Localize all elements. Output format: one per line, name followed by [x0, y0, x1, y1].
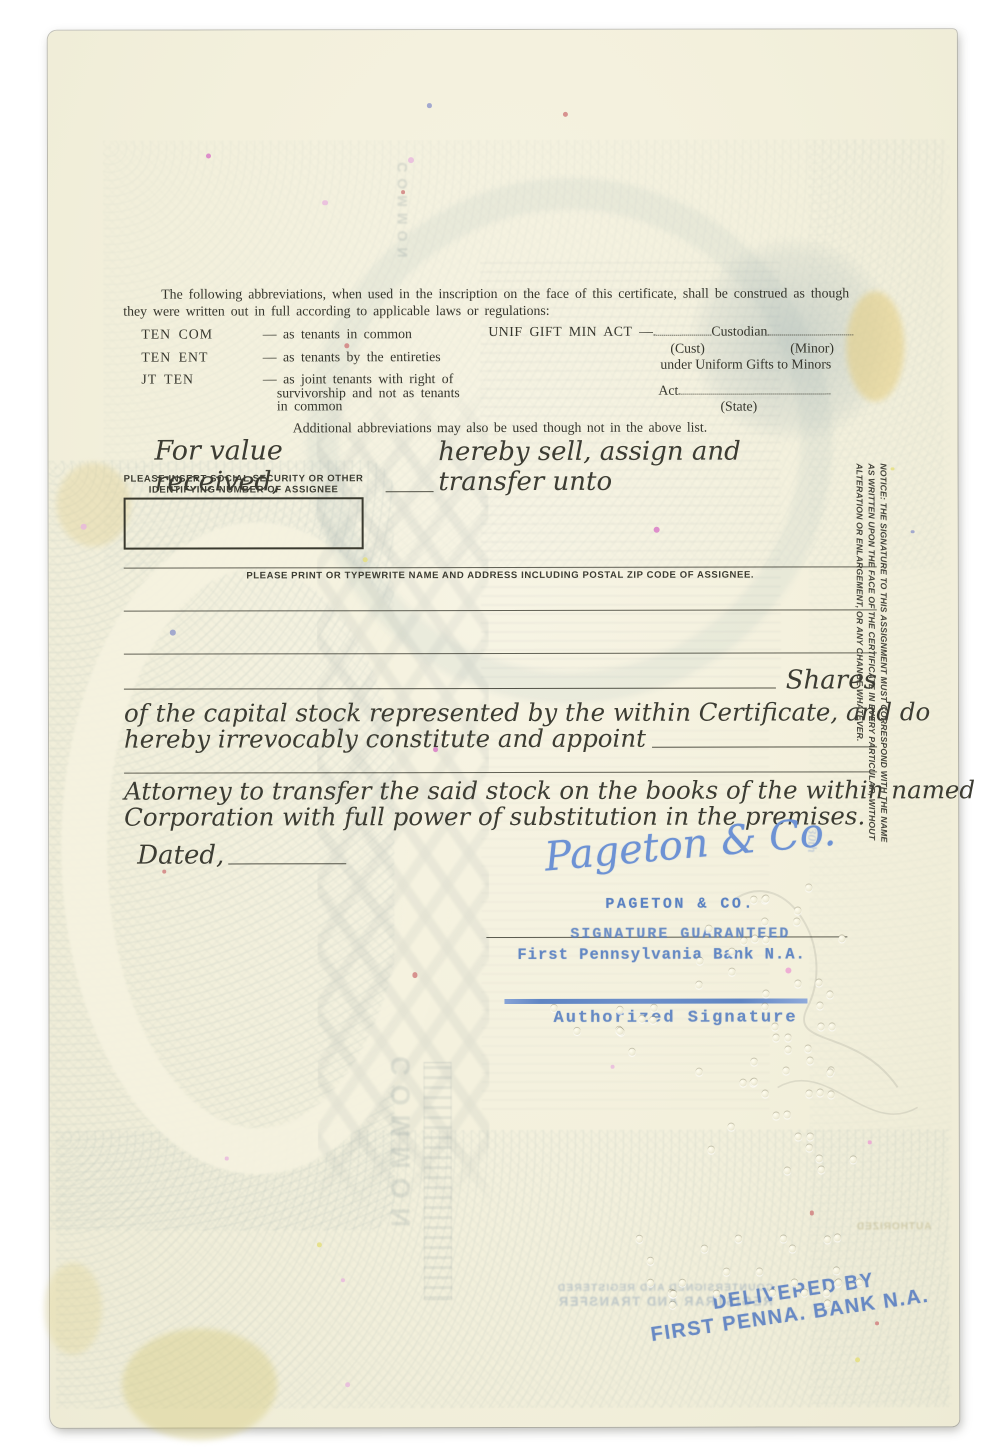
punch-hole — [783, 1068, 790, 1075]
punch-hole — [817, 1090, 824, 1097]
paper-speckle — [170, 630, 176, 636]
punch-hole — [772, 1113, 779, 1120]
authorized-showthrough: AUTHORIZED — [856, 1221, 932, 1232]
assignor-fill[interactable] — [385, 491, 433, 492]
abbreviations-intro: The following abbreviations, when used i… — [123, 285, 885, 319]
punch-hole — [761, 918, 768, 925]
shares-count-fill[interactable] — [124, 688, 776, 690]
punch-hole — [824, 1236, 831, 1243]
punch-hole — [735, 1236, 742, 1243]
punch-hole — [806, 885, 813, 892]
punch-hole — [784, 1167, 791, 1174]
punch-hole — [617, 1028, 624, 1035]
punch-hole — [826, 991, 833, 998]
punch-hole — [762, 991, 769, 998]
custodian-fill-after[interactable] — [767, 323, 853, 335]
hereby-label: hereby sell, assign and transfer unto — [438, 436, 854, 497]
punch-hole — [773, 1035, 780, 1042]
paper-speckle — [855, 1358, 860, 1363]
common-showthrough-top: COMMON — [394, 162, 410, 263]
punch-hole — [795, 980, 802, 987]
punch-hole — [850, 1157, 857, 1164]
punch-hole — [750, 1079, 757, 1086]
paper-speckle — [868, 1141, 871, 1144]
punch-hole — [827, 1069, 834, 1076]
paper-speckle — [341, 1279, 345, 1283]
punch-hole — [647, 1258, 654, 1265]
punch-hole — [794, 1134, 801, 1141]
paper-speckle — [408, 157, 414, 163]
paper-speckle — [401, 190, 405, 194]
paper-speckle — [786, 968, 792, 974]
punch-hole — [728, 1123, 735, 1130]
punch-hole — [805, 1046, 812, 1053]
print-caption: PLEASE PRINT OR TYPEWRITE NAME AND ADDRE… — [124, 569, 877, 581]
punch-hole — [701, 1246, 708, 1253]
punch-hole — [762, 1091, 769, 1098]
punch-hole — [806, 1134, 813, 1141]
delivered-stamp: DELIVERED BY FIRST PENNA. BANK N.A. — [646, 1262, 930, 1347]
date-note-mark: 30th — [805, 827, 818, 853]
punch-hole — [834, 1235, 841, 1242]
punch-hole — [707, 1146, 714, 1153]
capital-line-2-row: hereby irrevocably constitute and appoin… — [124, 723, 877, 753]
abbr-row-tenent: TEN ENT — as tenants by the entireties — [141, 349, 440, 366]
punch-hole — [817, 1024, 824, 1031]
punch-hole — [780, 1236, 787, 1243]
paper-speckle — [654, 527, 660, 533]
paper-speckle — [875, 1321, 879, 1325]
punch-hole — [616, 1027, 623, 1034]
punch-hole — [805, 1145, 812, 1152]
punch-hole — [784, 1035, 791, 1042]
stain-bottom-left — [122, 1328, 277, 1440]
punch-hole — [794, 908, 801, 915]
assignee-line-1[interactable] — [124, 566, 877, 568]
paper-speckle — [81, 524, 87, 530]
punch-hole — [636, 1236, 643, 1243]
punch-hole — [794, 918, 801, 925]
appoint-fill[interactable] — [652, 746, 877, 747]
punch-hole — [679, 1279, 686, 1286]
abbr-row-jtten: JT TEN — as joint tenants with right of … — [141, 372, 459, 413]
assignee-line-3[interactable] — [124, 652, 877, 654]
paper-speckle — [206, 153, 212, 159]
punch-hole — [828, 1024, 835, 1031]
punch-hole — [647, 1279, 654, 1286]
punch-hole — [784, 1112, 791, 1119]
authorized-signature-stamp: Authorized Signature — [553, 1008, 797, 1027]
paper-speckle — [891, 467, 895, 471]
punch-hole — [762, 896, 769, 903]
paper-speckle — [563, 112, 568, 117]
paper-speckle — [316, 1242, 321, 1247]
paper-speckle — [322, 200, 328, 206]
punch-hole — [750, 1059, 757, 1066]
punch-hole — [806, 1058, 813, 1065]
assignment-notice: NOTICE: THE SIGNATURE TO THIS ASSIGNMENT… — [854, 463, 891, 919]
paper-speckle — [809, 1211, 813, 1215]
punch-hole — [740, 1080, 747, 1087]
punch-hole — [816, 1156, 823, 1163]
ssn-label: PLEASE INSERT SOCIAL SECURITY OR OTHER I… — [124, 473, 364, 495]
assignee-line-2[interactable] — [124, 609, 877, 611]
capital-line-2: hereby irrevocably constitute and appoin… — [124, 724, 646, 754]
shares-row: Shares — [124, 665, 877, 696]
punch-hole — [723, 1269, 730, 1276]
paper-speckle — [345, 1382, 350, 1387]
attorney-line-rule[interactable] — [124, 771, 877, 773]
stain-left — [57, 463, 131, 547]
paper-speckle — [413, 973, 418, 978]
dated-fill[interactable] — [228, 863, 346, 864]
paper-speckle — [611, 1065, 615, 1069]
punch-hole — [816, 980, 823, 987]
dated-row: Dated, — [137, 840, 346, 870]
punch-hole — [668, 1290, 675, 1297]
punch-hole — [817, 1167, 824, 1174]
punch-hole — [828, 1068, 835, 1075]
abbr-row-tencom: TEN COM — as tenants in common — [141, 326, 412, 342]
dated-label: Dated, — [137, 840, 224, 870]
punch-hole — [816, 1003, 823, 1010]
stain-bottom-edge — [44, 1263, 102, 1355]
custodian-fill-before[interactable] — [653, 324, 711, 336]
certificate-back-scan: COMMON COMMON COUNTERSIGNED AND REGISTER… — [0, 0, 1000, 1449]
punch-hole — [696, 1069, 703, 1076]
punch-hole — [573, 1028, 580, 1035]
punch-hole — [628, 1049, 635, 1056]
shares-box-showthrough — [424, 1062, 452, 1300]
paper-speckle — [225, 1157, 228, 1160]
bank-name-stamp: First Pennsylvania Bank N.A. — [517, 945, 805, 964]
punch-hole — [789, 1245, 796, 1252]
certificate-paper: COMMON COMMON COUNTERSIGNED AND REGISTER… — [48, 29, 959, 1428]
common-showthrough-bottom: COMMON — [386, 1056, 417, 1236]
paper-speckle — [911, 530, 914, 533]
paper-speckle — [363, 557, 368, 562]
guilloche-pattern-bottom — [56, 1129, 949, 1409]
punch-hole — [756, 1268, 763, 1275]
punch-hole — [761, 896, 768, 903]
punch-hole — [805, 1090, 812, 1097]
punch-hole — [784, 1047, 791, 1054]
punch-hole — [728, 969, 735, 976]
punch-hole — [695, 982, 702, 989]
authorized-signature-bar — [504, 998, 807, 1003]
unif-gift-block: UNIF GIFT MIN ACT —Custodian (Cust) (Min… — [488, 323, 888, 415]
punch-hole — [617, 1028, 624, 1035]
signature-guaranteed-stamp: SIGNATURE GUARANTEED — [570, 925, 790, 942]
punch-hole — [750, 1079, 757, 1086]
punch-hole — [828, 1091, 835, 1098]
punch-and-speckle-layer — [48, 29, 957, 31]
act-fill[interactable] — [678, 382, 830, 394]
paper-speckle — [344, 343, 349, 348]
broker-stamp: PAGETON & CO. — [605, 896, 755, 913]
paper-speckle — [427, 103, 431, 107]
ssn-box[interactable] — [124, 497, 364, 549]
